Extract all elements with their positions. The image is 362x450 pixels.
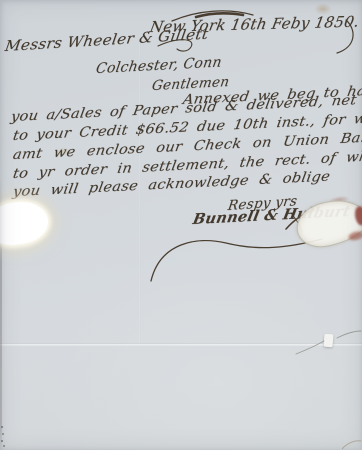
recipient-place: Colchester, Conn [95,54,223,77]
signature: Bunnell & Hulburt [191,203,351,228]
fold-crease [0,343,362,346]
paper-hole [0,198,51,248]
seal-red-blotch [353,206,362,227]
edge-speckles [1,426,3,428]
recipient-name: Messrs Wheeler & Gillett [4,26,210,55]
seal-red-blotch [348,230,362,241]
repair-tab [324,334,334,348]
scanned-letter-page: New York 16th Feby 1850. Messrs Wheeler … [0,0,362,450]
dark-left-edge [0,180,2,450]
corner-scratch [342,441,361,449]
signature-paraph [151,239,322,281]
crease-scratch-right [337,331,361,338]
crease-scratch-left [296,341,324,354]
